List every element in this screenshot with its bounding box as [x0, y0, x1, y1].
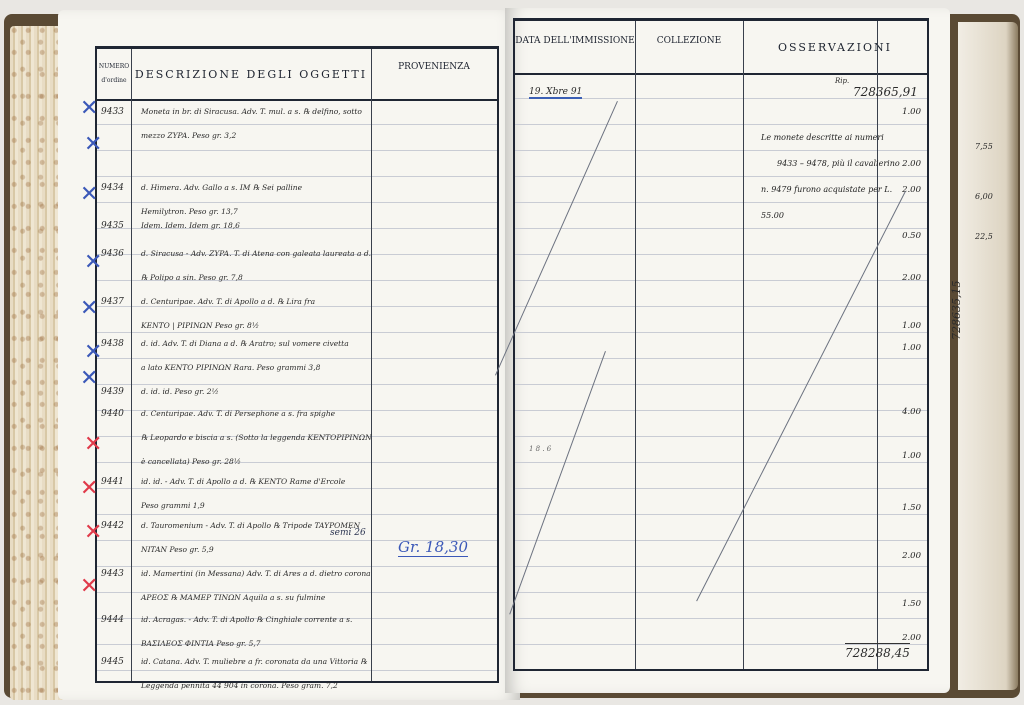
observation-note-3: n. 9479 furono acquistate per L.	[761, 185, 892, 194]
amount-value: 2.00	[902, 551, 921, 561]
header-osservazioni: OSSERVAZIONI	[743, 21, 927, 73]
amount-value: 4.00	[902, 407, 921, 417]
header-numero-sub: d'ordine	[101, 74, 126, 88]
entry-description-line2: Hemilytron. Peso gr. 13,7	[141, 207, 238, 216]
entry-description-line1: Moneta in br. di Siracusa. Adv. T. mul. …	[141, 107, 362, 116]
side-note-weight: Gr. 18,30	[398, 538, 468, 557]
check-mark-icon: ✕	[80, 96, 98, 121]
entry-number: 9439	[101, 387, 124, 397]
page-total: 728288,45	[845, 643, 910, 660]
amount-value: 1.50	[902, 503, 921, 513]
entry-description-line2: NITAN Peso gr. 5,9	[141, 545, 214, 554]
column-divider	[131, 49, 132, 681]
amount-value: 1.00	[902, 107, 921, 117]
check-mark-icon: ✕	[84, 132, 102, 157]
amount-value: 1.00	[902, 343, 921, 353]
riporto-label: Rip.	[835, 77, 849, 85]
entry-description-line2: Peso grammi 1,9	[141, 501, 205, 510]
header-provenienza: PROVENIENZA	[371, 49, 497, 85]
entry-description-line1: d. id. Adv. T. di Diana a d. ℞ Aratro; s…	[141, 339, 349, 348]
entry-number: 9445	[101, 657, 124, 667]
column-divider	[743, 21, 744, 669]
date-entry: 19. Xbre 91	[529, 87, 582, 97]
amount-value: 2.00	[902, 273, 921, 283]
column-divider	[371, 49, 372, 681]
entry-description-line1: d. Siracusa - Adv. ZYPA. T. di Atena con…	[141, 249, 371, 258]
date-entry-small: 1 8 . 6	[529, 445, 551, 453]
check-mark-icon: ✕	[84, 340, 102, 365]
edge-vertical-total: 728635,15	[950, 281, 963, 341]
check-mark-icon: ✕	[80, 182, 98, 207]
page-edges-right	[958, 22, 1018, 690]
header-data-immissione: DATA DELL'IMMISSIONE	[515, 21, 635, 61]
ledger-header-right: DATA DELL'IMMISSIONE COLLEZIONE OSSERVAZ…	[515, 21, 927, 75]
entry-number: 9443	[101, 569, 124, 579]
entry-description-line2: KENTO | PIPINΩN Peso gr. 8½	[141, 321, 259, 330]
annotation-small: semi 26	[330, 528, 366, 538]
observation-note-4: 55.00	[761, 211, 784, 220]
amount-value: 2.00	[902, 159, 921, 169]
amount-value: 2.00	[902, 633, 921, 643]
observation-note-1: Le monete descritte ai numeri	[761, 133, 884, 142]
riporto-value: 728365,91	[853, 85, 918, 99]
entry-number: 9433	[101, 107, 124, 117]
edge-value-2: 6,00	[975, 192, 993, 201]
ledger-left: NUMERO d'ordine DESCRIZIONE DEGLI OGGETT…	[95, 46, 499, 683]
entry-description-line1: d. Centuripae. Adv. T. di Persephone a s…	[141, 409, 335, 418]
column-divider	[635, 21, 636, 669]
check-mark-icon: ✕	[80, 366, 98, 391]
entry-number: 9438	[101, 339, 124, 349]
entry-number: 9440	[101, 409, 124, 419]
ledger-header-left: NUMERO d'ordine DESCRIZIONE DEGLI OGGETT…	[97, 49, 497, 101]
edge-value-1: 7,55	[975, 142, 993, 151]
date-entry-text: 19. Xbre 91	[529, 87, 582, 99]
left-page: NUMERO d'ordine DESCRIZIONE DEGLI OGGETT…	[58, 10, 520, 700]
check-mark-icon: ✕	[84, 250, 102, 275]
entry-description-line1: id. Mamertini (in Messana) Adv. T. di Ar…	[141, 569, 371, 578]
amount-column-divider	[877, 21, 878, 669]
right-page: DATA DELL'IMMISSIONE COLLEZIONE OSSERVAZ…	[505, 8, 950, 693]
check-mark-icon: ✕	[80, 296, 98, 321]
header-descrizione: DESCRIZIONE DEGLI OGGETTI	[131, 49, 371, 99]
check-mark-icon: ✕	[80, 476, 98, 501]
amount-value: 1.00	[902, 321, 921, 331]
entry-description-line1: id. Acragas. - Adv. T. di Apollo ℞ Cingh…	[141, 615, 352, 624]
entry-description-line1: d. Centuripae. Adv. T. di Apollo a d. ℞ …	[141, 297, 315, 306]
header-numero: NUMERO d'ordine	[97, 49, 131, 99]
entry-description-line2: mezzo ZYPA. Peso gr. 3,2	[141, 131, 236, 140]
entry-description-line1: id. id. - Adv. T. di Apollo a d. ℞ KENTO…	[141, 477, 345, 486]
entry-description-line1: id. Catana. Adv. T. muliebre a fr. coron…	[141, 657, 367, 666]
header-collezione: COLLEZIONE	[635, 21, 743, 61]
entry-number: 9444	[101, 615, 124, 625]
entry-number: 9437	[101, 297, 124, 307]
entry-number: 9442	[101, 521, 124, 531]
entry-description-line2: ℞ Polipo a sin. Peso gr. 7,8	[141, 273, 243, 282]
amount-value: 1.00	[902, 451, 921, 461]
entry-description-line2: Leggenda pennita 44 904 in corona. Peso …	[141, 681, 338, 690]
entry-number: 9434	[101, 183, 124, 193]
entry-number: 9441	[101, 477, 124, 487]
header-numero-label: NUMERO	[99, 60, 129, 74]
entry-number: 9435	[101, 221, 124, 231]
ledger-right: DATA DELL'IMMISSIONE COLLEZIONE OSSERVAZ…	[513, 18, 929, 671]
edge-value-3: 22,5	[975, 232, 993, 241]
check-mark-icon: ✕	[80, 574, 98, 599]
entry-description-line1: d. id. id. Peso gr. 2½	[141, 387, 219, 396]
check-mark-icon: ✕	[84, 520, 102, 545]
entry-description-line1: Idem. Idem. Idem gr. 18,6	[141, 221, 240, 230]
observation-note-2: 9433 – 9478, più il cavalierino	[777, 159, 900, 168]
entry-description-line1: d. Himera. Adv. Gallo a s. IM ℞ Sei pall…	[141, 183, 302, 192]
entry-description-line2: APEOΣ ℞ MAMEP TINΩN Aquila a s. su fulmi…	[141, 593, 325, 602]
entry-description-line2: BAΣIΛEOΣ ΦINTIA Peso gr. 5,7	[141, 639, 261, 648]
amount-value: 1.50	[902, 599, 921, 609]
entry-description-line2: a lato KENTO PIPINΩN Rara. Peso grammi 3…	[141, 363, 320, 372]
entry-description-line2: ℞ Leopardo e biscia a s. (Sotto la legge…	[141, 433, 372, 442]
check-mark-icon: ✕	[84, 432, 102, 457]
entry-description-line1: d. Tauromenium - Adv. T. di Apollo ℞ Tri…	[141, 521, 360, 530]
amount-value: 0.50	[902, 231, 921, 241]
entry-description-line3: è cancellata) Peso gr. 28½	[141, 457, 241, 466]
entry-number: 9436	[101, 249, 124, 259]
